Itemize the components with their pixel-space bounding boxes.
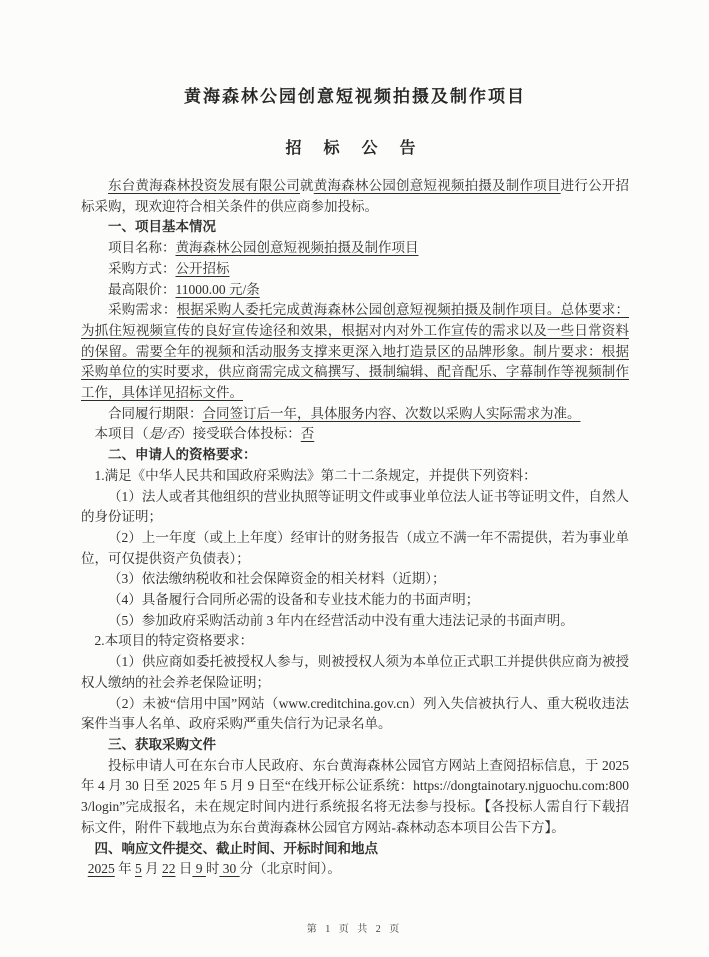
deadline-minute: 30: [219, 861, 239, 876]
project-name-inline: 黄海森林公园创意短视频拍摄及制作项目: [314, 178, 561, 193]
price-limit-value: 11000.00 元/条: [176, 282, 260, 297]
qualification-sub-3: （3）依法缴纳税收和社会保障资金的相关材料（近期）；: [81, 569, 629, 590]
contract-term-label: 合同履行期限：: [108, 406, 203, 421]
deadline-hour: 9: [192, 861, 206, 876]
contract-term-value: 合同签订后一年，具体服务内容、次数以采购人实际需求为准。: [203, 406, 581, 421]
document-title: 黄海森林公园创意短视频拍摄及制作项目: [81, 86, 629, 108]
project-name-value: 黄海森林公园创意短视频拍摄及制作项目: [176, 240, 419, 255]
section1-heading: 一、项目基本情况: [81, 217, 629, 238]
deadline-year: 2025: [88, 861, 115, 876]
qualification-item-2: 2.本项目的特定资格要求：: [81, 631, 629, 652]
joint-bid-mid: ）接受联合体投标：: [179, 426, 301, 441]
month-unit: 月: [142, 861, 162, 876]
section4-heading: 四、响应文件提交、截止时间、开标时间和地点: [81, 839, 629, 860]
page-number: 第 1 页 共 2 页: [0, 920, 709, 935]
procurement-method-value: 公开招标: [176, 261, 230, 276]
purchaser-name: 东台黄海森林投资发展有限公司: [108, 178, 300, 193]
qualification-sub-5: （5）参加政府采购活动前 3 年内在经营活动中没有重大违法记录的书面声明。: [81, 611, 629, 632]
qualification-sub-1: （1）法人或者其他组织的营业执照等证明文件或事业单位法人证书等证明文件，自然人的…: [81, 487, 629, 528]
procurement-method-line: 采购方式：公开招标: [81, 259, 629, 280]
price-limit-line: 最高限价：11000.00 元/条: [81, 280, 629, 301]
deadline-date-line: 2025 年 5 月 22 日 9 时 30 分（北京时间）。: [81, 859, 629, 880]
hour-unit: 时: [206, 861, 220, 876]
procurement-method-label: 采购方式：: [108, 261, 176, 276]
qualification-item-1: 1.满足《中华人民共和国政府采购法》第二十二条规定，并提供下列资料：: [81, 466, 629, 487]
announcement-heading: 招 标 公 告: [81, 138, 629, 160]
specific-qualification-sub-1: （1）供应商如委托被授权人参与，则被授权人须为本单位正式职工并提供供应商为被授权…: [81, 652, 629, 693]
procurement-demand-paragraph: 采购需求：根据采购人委托完成黄海森林公园创意短视频拍摄及制作项目。总体要求：为抓…: [81, 300, 629, 404]
intro-conjunction: 就: [300, 178, 314, 193]
specific-qualification-sub-2: （2）未被“信用中国”网站（www.creditchina.gov.cn）列入失…: [81, 694, 629, 735]
project-name-line: 项目名称：黄海森林公园创意短视频拍摄及制作项目: [81, 238, 629, 259]
section2-heading: 二、申请人的资格要求：: [81, 445, 629, 466]
project-name-label: 项目名称：: [108, 240, 176, 255]
qualification-sub-4: （4）具备履行合同所必需的设备和专业技术能力的书面声明；: [81, 590, 629, 611]
contract-term-line: 合同履行期限：合同签订后一年，具体服务内容、次数以采购人实际需求为准。: [81, 404, 629, 425]
deadline-month: 5: [135, 861, 142, 876]
day-unit: 日: [176, 861, 193, 876]
document-page: 黄海森林公园创意短视频拍摄及制作项目 招 标 公 告 东台黄海森林投资发展有限公…: [0, 0, 709, 957]
joint-bid-prefix: 本项目（: [95, 426, 149, 441]
joint-bid-line: 本项目（是/否）接受联合体投标：否: [81, 424, 629, 445]
price-limit-label: 最高限价：: [108, 282, 176, 297]
year-unit: 年: [115, 861, 135, 876]
joint-bid-yes-no: 是/否: [149, 426, 180, 441]
minute-unit: 分（北京时间）。: [240, 861, 341, 876]
procurement-demand-label: 采购需求：: [108, 302, 177, 317]
deadline-day: 22: [162, 861, 176, 876]
document-acquisition-paragraph: 投标申请人可在东台市人民政府、东台黄海森林公园官方网站上查阅招标信息，于 202…: [81, 756, 629, 839]
intro-paragraph: 东台黄海森林投资发展有限公司就黄海森林公园创意短视频拍摄及制作项目进行公开招标采…: [81, 176, 629, 217]
joint-bid-answer: 否: [301, 426, 315, 441]
qualification-sub-2: （2）上一年度（或上上年度）经审计的财务报告（成立不满一年不需提供，若为事业单位…: [81, 528, 629, 569]
section3-heading: 三、获取采购文件: [81, 735, 629, 756]
